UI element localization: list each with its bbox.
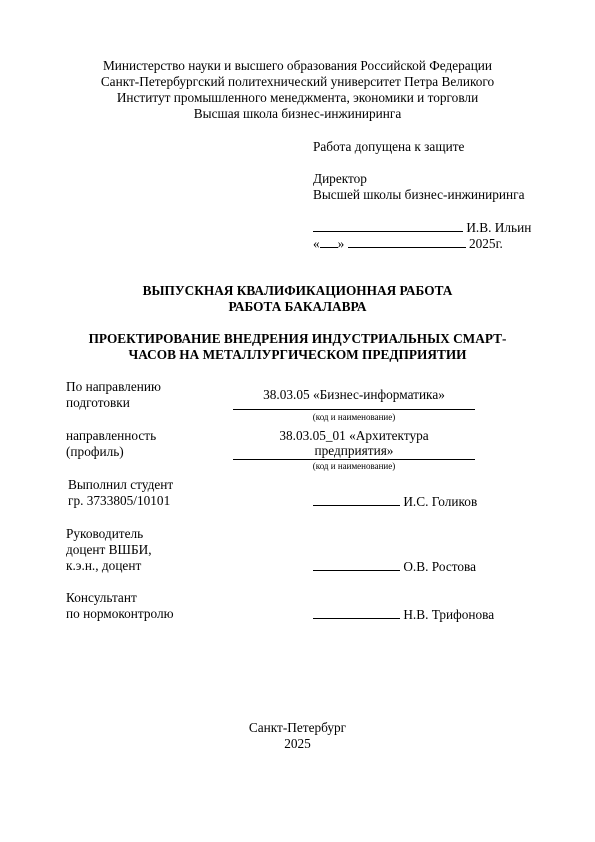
consultant-name: Н.В. Трифонова <box>403 607 494 622</box>
supervisor-degree: к.э.н., доцент <box>66 558 141 574</box>
direction-caption: (код и наименование) <box>233 412 475 422</box>
student-sign-line: И.С. Голиков <box>313 493 477 510</box>
footer-year: 2025 <box>0 736 595 752</box>
topic-line1: ПРОЕКТИРОВАНИЕ ВНЕДРЕНИЯ ИНДУСТРИАЛЬНЫХ … <box>0 331 595 347</box>
direction-underline <box>233 409 475 410</box>
signature-blank <box>313 558 400 571</box>
director-title: Директор <box>313 171 367 187</box>
admitted-text: Работа допущена к защите <box>313 139 464 155</box>
institute-line: Институт промышленного менеджмента, экон… <box>0 90 595 106</box>
supervisor-role: Руководитель <box>66 526 143 542</box>
day-blank <box>320 235 338 248</box>
director-name: И.В. Ильин <box>466 220 531 235</box>
supervisor-name: О.В. Ростова <box>403 559 476 574</box>
consultant-sign-line: Н.В. Трифонова <box>313 606 494 623</box>
signature-blank <box>313 493 400 506</box>
profile-label-line2: (профиль) <box>66 444 124 460</box>
direction-value: 38.03.05 «Бизнес-информатика» <box>233 387 475 403</box>
student-group: гр. 3733805/10101 <box>68 493 170 509</box>
work-type-line2: РАБОТА БАКАЛАВРА <box>0 299 595 315</box>
date-open-quote: « <box>313 236 320 251</box>
supervisor-position: доцент ВШБИ, <box>66 542 152 558</box>
supervisor-sign-line: О.В. Ростова <box>313 558 476 575</box>
university-line: Санкт-Петербургский политехнический унив… <box>0 74 595 90</box>
director-school: Высшей школы бизнес-инжиниринга <box>313 187 525 203</box>
signature-blank <box>313 219 463 232</box>
city: Санкт-Петербург <box>0 720 595 736</box>
work-type-line1: ВЫПУСКНАЯ КВАЛИФИКАЦИОННАЯ РАБОТА <box>0 283 595 299</box>
consultant-role: Консультант <box>66 590 137 606</box>
approval-year: 2025г. <box>469 236 503 251</box>
profile-underline <box>233 459 475 460</box>
signature-blank <box>313 606 400 619</box>
month-blank <box>348 235 466 248</box>
direction-label-line1: По направлению <box>66 379 161 395</box>
approval-date-line: «» 2025г. <box>313 235 503 252</box>
profile-label-line1: направленность <box>66 428 156 444</box>
date-close-quote: » <box>338 236 345 251</box>
director-signature-line: И.В. Ильин <box>313 219 531 236</box>
school-line: Высшая школа бизнес-инжиниринга <box>0 106 595 122</box>
ministry-line: Министерство науки и высшего образования… <box>0 58 595 74</box>
profile-value-line2: предприятия» <box>233 443 475 459</box>
student-role: Выполнил студент <box>68 477 173 493</box>
student-name: И.С. Голиков <box>403 494 477 509</box>
direction-label-line2: подготовки <box>66 395 130 411</box>
profile-value-line1: 38.03.05_01 «Архитектура <box>233 428 475 444</box>
profile-caption: (код и наименование) <box>233 461 475 471</box>
consultant-area: по нормоконтролю <box>66 606 174 622</box>
topic-line2: ЧАСОВ НА МЕТАЛЛУРГИЧЕСКОМ ПРЕДПРИЯТИИ <box>0 347 595 363</box>
